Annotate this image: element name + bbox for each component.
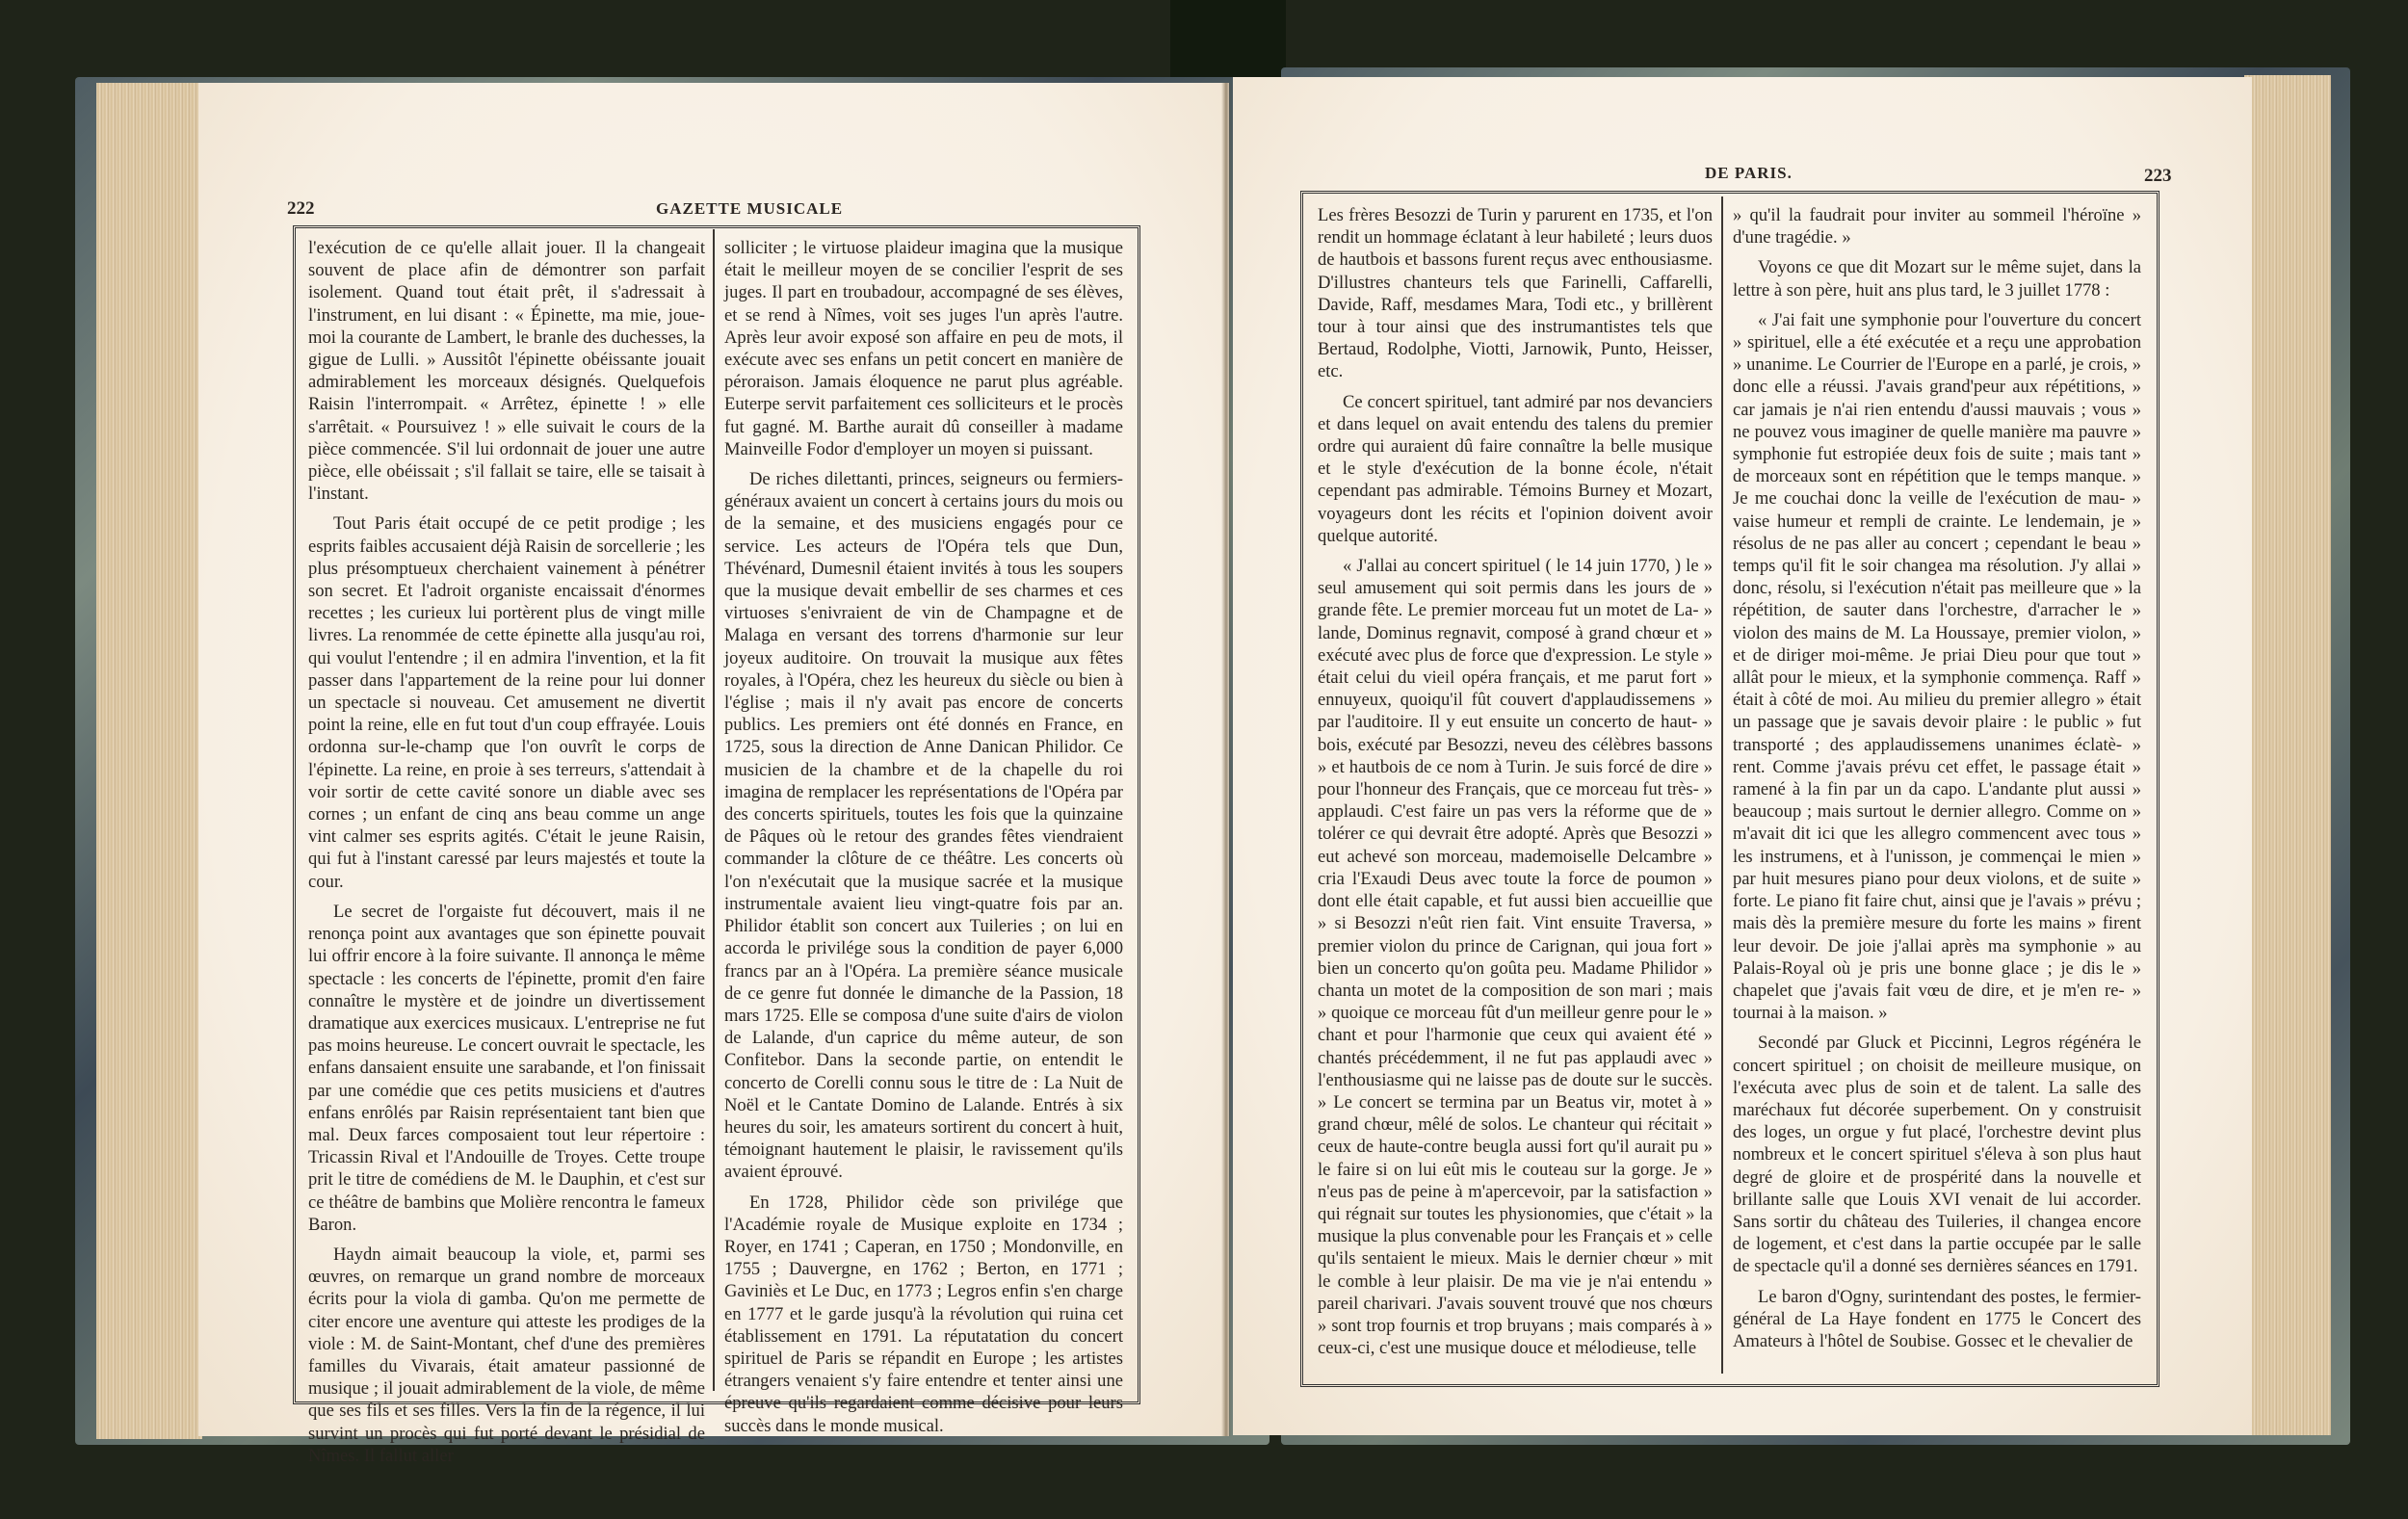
spine-shadow [1170, 0, 1286, 77]
paragraph: Haydn aimait beaucoup la viole, et, parm… [308, 1244, 705, 1467]
right-fore-edge [2244, 75, 2331, 1435]
paragraph: l'exécution de ce qu'elle allait jouer. … [308, 237, 705, 505]
left-column-2: solliciter ; le virtuose plaideur imagin… [724, 237, 1123, 1437]
right-column-rule [1721, 196, 1723, 1374]
paragraph: solliciter ; le virtuose plaideur imagin… [724, 237, 1123, 460]
right-column-2: » qu'il la faudrait pour inviter au somm… [1733, 204, 2141, 1352]
paragraph: Le baron d'Ogny, surintendant des postes… [1733, 1286, 2141, 1353]
paragraph: » qu'il la faudrait pour inviter au somm… [1733, 204, 2141, 249]
paragraph: Voyons ce que dit Mozart sur le même suj… [1733, 256, 2141, 301]
right-page: DE PARIS. 223 Les frères Besozzi de Turi… [1233, 77, 2252, 1435]
right-page-number: 223 [2144, 166, 2172, 187]
paragraph: Le secret de l'orgaiste fut découvert, m… [308, 901, 705, 1236]
paragraph: Secondé par Gluck et Piccinni, Legros ré… [1733, 1032, 2141, 1277]
paragraph: En 1728, Philidor cède son privilége que… [724, 1192, 1123, 1437]
right-running-head: DE PARIS. [1705, 164, 1793, 183]
left-running-head: GAZETTE MUSICALE [656, 199, 843, 219]
left-page: 222 GAZETTE MUSICALE l'exécution de ce q… [198, 83, 1229, 1436]
left-page-number: 222 [287, 198, 315, 220]
paragraph: De riches dilettanti, princes, seigneurs… [724, 468, 1123, 1184]
left-fore-edge [96, 83, 202, 1439]
quotation-mozart: « J'ai fait une symphonie pour l'ouvertu… [1733, 309, 2141, 1025]
paragraph: Tout Paris était occupé de ce petit prod… [308, 512, 705, 892]
book-gutter [1221, 83, 1231, 1436]
paragraph: Les frères Besozzi de Turin y parurent e… [1318, 204, 1713, 383]
left-column-1: l'exécution de ce qu'elle allait jouer. … [308, 237, 705, 1467]
quotation-burney: « J'allai au concert spirituel ( le 14 j… [1318, 555, 1713, 1359]
left-column-rule [713, 229, 715, 1391]
paragraph: Ce concert spirituel, tant admiré par no… [1318, 391, 1713, 547]
right-column-1: Les frères Besozzi de Turin y parurent e… [1318, 204, 1713, 1359]
